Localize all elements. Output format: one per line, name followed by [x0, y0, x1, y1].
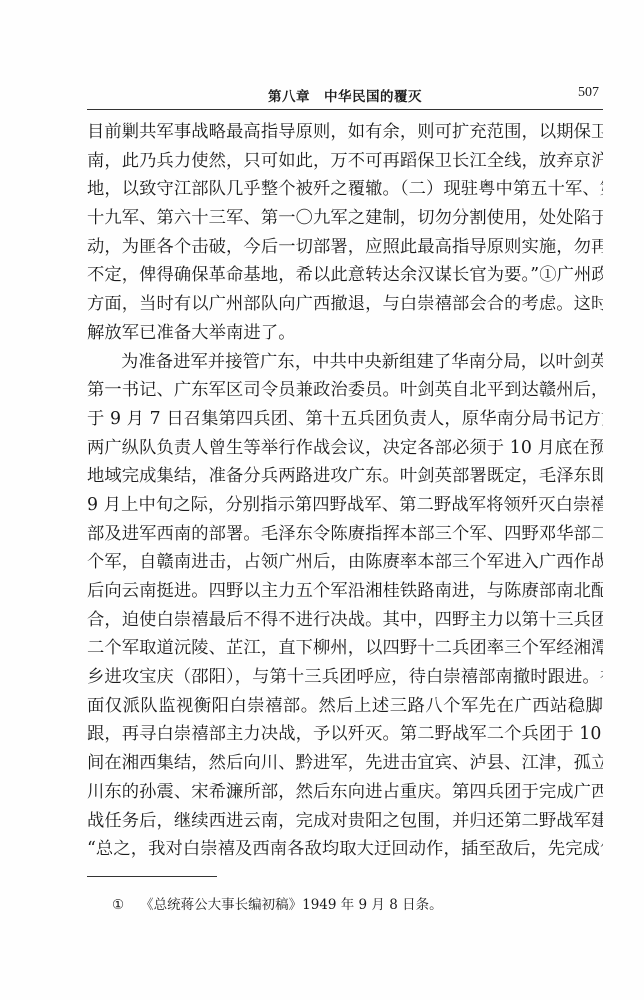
- text-line: 合，迫使白崇禧最后不得不进行决战。其中，四野主力以第十三兵团率: [87, 606, 603, 635]
- chapter-title: 第八章 中华民国的覆灭: [87, 85, 603, 105]
- text-line: 川东的孙震、宋希濂所部，然后东向进占重庆。第四兵团于完成广西作: [87, 778, 603, 807]
- footnote-rule: [87, 876, 217, 877]
- text-line: 解放军已准备大举南进了。: [87, 319, 603, 348]
- running-head: 第八章 中华民国的覆灭 507: [87, 84, 603, 104]
- paragraph-start-line: 为准备进军并接管广东，中共中央新组建了华南分局，以叶剑英为: [87, 348, 603, 377]
- text-line: 地，以致守江部队几乎整个被歼之覆辙。（二）现驻粤中第五十军、第三: [87, 175, 603, 204]
- text-line: 目前剿共军事战略最高指导原则，如有余，则可扩充范围，以期保卫华: [87, 118, 603, 147]
- text-line: 地域完成集结，准备分兵两路进攻广东。叶剑英部署既定，毛泽东即于: [87, 462, 603, 491]
- body-text: 目前剿共军事战略最高指导原则，如有余，则可扩充范围，以期保卫华 南，此乃兵力使然…: [87, 118, 603, 864]
- footnote-text: 《总统蒋公大事长编初稿》1949 年 9 月 8 日条。: [140, 897, 443, 913]
- text-line: 9 月上中旬之际，分别指示第四野战军、第二野战军将领歼灭白崇禧所: [87, 491, 603, 520]
- text-line: 部及进军西南的部署。毛泽东令陈赓指挥本部三个军、四野邓华部二: [87, 520, 603, 549]
- text-line: 乡进攻宝庆（邵阳），与第十三兵团呼应，待白崇禧部南撤时跟进。在正: [87, 663, 603, 692]
- footnote-marker: ①: [112, 897, 124, 913]
- text-line: 第一书记、广东军区司令员兼政治委员。叶剑英自北平到达赣州后，即: [87, 376, 603, 405]
- text-line: 方面，当时有以广州部队向广西撤退，与白崇禧部会合的考虑。这时，: [87, 290, 603, 319]
- text-line: 间在湘西集结，然后向川、黔进军，先进击宜宾、泸县、江津，孤立重庆及: [87, 749, 603, 778]
- text-line: “总之，我对白崇禧及西南各敌均取大迂回动作，插至敌后，先完成包: [87, 835, 603, 864]
- text-line: 后向云南挺进。四野以主力五个军沿湘桂铁路南进，与陈赓部南北配: [87, 577, 603, 606]
- text-line: 战任务后，继续西进云南，完成对贵阳之包围，并归还第二野战军建制。: [87, 807, 603, 836]
- text-line: 个军，自赣南进击，占领广州后，由陈赓率本部三个军进入广西作战，续: [87, 548, 603, 577]
- text-line: 跟，再寻白崇禧部主力决战，予以歼灭。第二野战军二个兵团于 10 月: [87, 720, 603, 749]
- footnote: ①《总统蒋公大事长编初稿》1949 年 9 月 8 日条。: [112, 893, 443, 913]
- text-line: 于 9 月 7 日召集第四兵团、第十五兵团负责人，原华南分局书记方方，: [87, 405, 603, 434]
- text-line: 动，为匪各个击破，今后一切部署，应照此最高指导原则实施，勿再举棋: [87, 233, 603, 262]
- text-line: 两广纵队负责人曾生等举行作战会议，决定各部必须于 10 月底在预定: [87, 434, 603, 463]
- header-rule: [87, 109, 603, 110]
- text-line: 南，此乃兵力使然，只可如此，万不可再蹈保卫长江全线，放弃京沪重: [87, 147, 603, 176]
- text-line: 二个军取道沅陵、芷江，直下柳州，以四野十二兵团率三个军经湘潭、湘: [87, 634, 603, 663]
- book-page: 第八章 中华民国的覆灭 507 目前剿共军事战略最高指导原则，如有余，则可扩充范…: [0, 0, 644, 1000]
- text-line: 不定，俾得确保革命基地，希以此意转达余汉谋长官为要。”①广州政府: [87, 261, 603, 290]
- text-line: 面仅派队监视衡阳白崇禧部。然后上述三路八个军先在广西站稳脚: [87, 692, 603, 721]
- page-number: 507: [578, 85, 599, 101]
- text-line: 十九军、第六十三军、第一〇九军之建制，切勿分割使用，处处陷于被: [87, 204, 603, 233]
